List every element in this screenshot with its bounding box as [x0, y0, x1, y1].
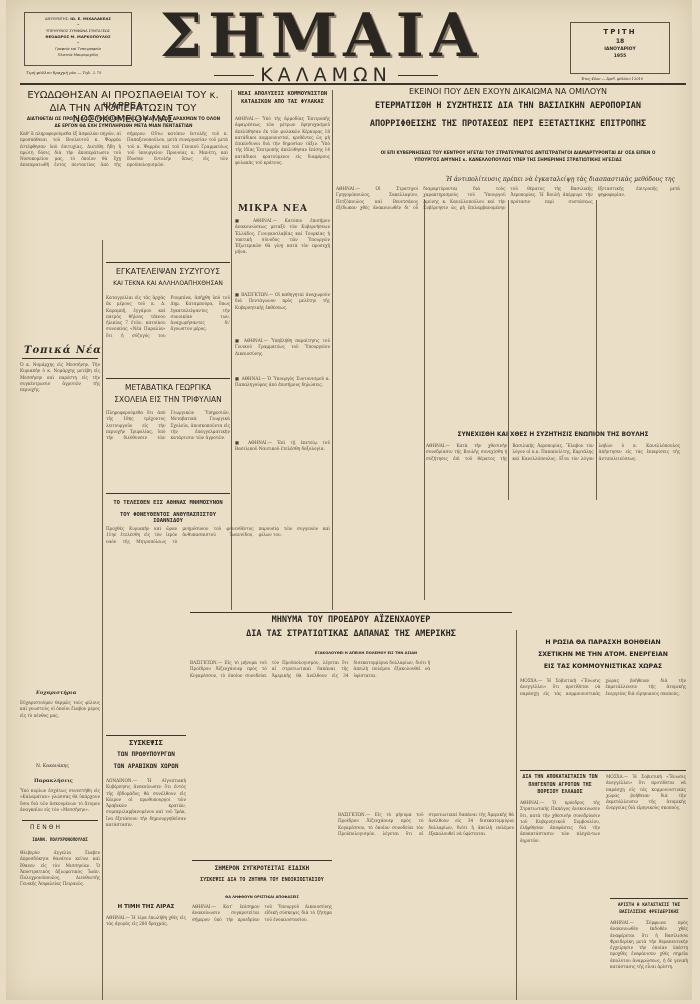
small-news-item: ■ ΒΑΣΙΓΚΤΩΝ.— Οἱ καθηγηταὶ ἀναχωροῦν διὰ… — [235, 292, 330, 334]
article-body-communists: ΑΘΗΝΑΙ.— Ὑπὸ τῆς ἁρμοδίας Ἐπιτροπῆς ἀφαι… — [235, 116, 330, 196]
article-body-eisenhower: ΒΑΣΙΓΚΤΩΝ.— Εἰς τὸ μήνυμα τοῦ Προέδρου Ἀ… — [190, 660, 512, 810]
article-body-continued: ΒΑΣΙΓΚΤΩΝ.— Εἰς τὸ μήνυμα τοῦ Προέδρου Ἀ… — [338, 812, 514, 1000]
subhead-eisenhower: ΕΞΑΚΟΛΟΥΘΕΙ Η ΑΠΕΙΛΗ ΠΟΛΕΜΟΥ ΕΙΣ ΤΗΝ ΑΣΙ… — [286, 650, 446, 657]
headline-memorial-2: ΤΟΥ ΦΟΝΕΥΘΕΝΤΟΣ ΑΝΘΥΠΑΣΠΙΣΤΟΥ ΙΩΑΝΝΙΔΟΥ — [106, 512, 230, 524]
divider — [192, 860, 332, 861]
newspaper-title: ΣΗΜΑΙΑ — [156, 4, 486, 68]
headline-arab-1: ΣΥΣΚΕΨΙΣ — [106, 740, 186, 748]
section-title-local-news: Τοπικά Νέα — [24, 345, 102, 356]
headline-eisenhower-2: ΔΙΑ ΤΑΣ ΣΤΡΑΤΙΩΤΙΚΑΣ ΔΑΠΑΝΑΣ ΤΗΣ ΑΜΕΡΙΚΗ… — [190, 630, 512, 639]
date-year: 1955 — [571, 54, 669, 59]
subhead-aeroporia: ΟΙ ΕΠΙ ΚΥΒΕΡΝΗΣΕΩΣ ΤΟΥ ΚΕΝΤΡΟΥ ΗΓΕΤΑΙ ΤΟ… — [378, 150, 658, 163]
headline-arab-3: ΤΩΝ ΑΡΑΒΙΚΩΝ ΧΩΡΩΝ — [106, 764, 186, 771]
director-name: ΙΩ. Ε. ΜΙΧΑΛΑΚΕΑΣ — [70, 16, 111, 21]
headline-spouses-2: ΚΑΙ ΤΕΚΝΑ ΚΑΙ ΑΛΛΗΛΟΑΠΗΧΘΗΣΑΝ — [106, 281, 230, 288]
article-body-thanks: Εὐχαριστοῦμεν θερμῶς τοὺς φίλους καὶ γνω… — [20, 700, 100, 762]
headline-aeroporia-2: ΑΠΟΡΡΙΦΘΕΙΣΗΣ ΤΗΣ ΠΡΟΤΑΣΕΩΣ ΠΕΡΙ ΕΞΕΤΑΣΤ… — [338, 118, 678, 131]
headline-parliament: ΣΥΝΕΧΙΣΘΗ ΚΑΙ ΧΘΕΣ Η ΣΥΖΗΤΗΣΙΣ ΕΝΩΠΙΟΝ Τ… — [426, 432, 680, 438]
thanks-signature: Ν. Κακανάκης — [36, 764, 69, 769]
divider — [106, 262, 230, 263]
article-body-obituary: Θλιβερὸν ἀγγελία ἔλαβεν ἀπροσδόκητα θανά… — [20, 850, 100, 1000]
headline-lira: Η ΤΙΜΗ ΤΗΣ ΛΙΡΑΣ — [106, 904, 186, 910]
article-body-memorial: Προχθὲς Κυριακὴν καὶ ὥραν 11ην ἐτελέσθη … — [106, 526, 330, 606]
column-divider — [102, 240, 103, 1000]
article-body-parliament: ΑΘΗΝΑΙ.— Κατὰ τὴν χθεσινὴν συνεδρίασιν τ… — [426, 443, 680, 613]
responsible-name: ΘΕΟΔΩΡΟΣ Μ. ΜΑΡΚΟΠΟΥΛΟΣ — [45, 34, 110, 39]
issue-number: Έτος 40ον — Άριθ. φύλλου 12010 — [581, 77, 643, 81]
divider — [22, 358, 98, 359]
small-news-item: ■ ΑΘΗΝΑΙ.— Ἐπὶ τῇ ἐπετείῳ τοῦ Βασιλικοῦ … — [235, 440, 330, 500]
price-line: Τιμή φύλλου δραχμή μία — Τηλ. 2.75 — [26, 70, 102, 75]
small-news-item: ■ ΑΘΗΝΑΙ.— Ὁ Ὑπουργὸς Συντονισμοῦ κ. Παπ… — [235, 376, 330, 436]
headline-rent-1: ΣΗΜΕΡΟΝ ΣΥΓΚΡΟΤΕΙΤΑΙ ΕΙΔΙΚΗ — [192, 866, 332, 872]
article-body-farmers: ΑΘΗΝΑΙ.— Ὁ πρόεδρος τῆς Στρατιωτικῆς Παπ… — [520, 800, 600, 890]
article-body-rent: ΑΘΗΝΑΙ.— Κατ' ἐπίσημον ἀνακοίνωσιν συγκρ… — [192, 904, 332, 999]
section-title-tender: Παρακλήσεις — [34, 778, 73, 784]
divider — [22, 820, 98, 821]
article-body-frederica: ΑΘΗΝΑΙ.— Σύμφωνα πρὸς ἀνακοινωθὲν ἐκδοθὲ… — [610, 920, 688, 1000]
section-title-small-news: ΜΙΚΡΑ ΝΕΑ — [238, 204, 308, 214]
obituary-name: ΙΩΑΝΝ. ΠΟΛΥΧΡΟΝΟΠΟΥΛΟΣ — [20, 838, 100, 843]
date-weekday: ΤΡΙΤΗ — [571, 28, 669, 36]
subhead-rent: ΘΑ ΛΗΦΘΟΥΝ ΟΡΙΣΤΙΚΑΙ ΑΠΟΦΑΣΕΙΣ — [192, 894, 332, 901]
small-news-item: ■ ΑΘΗΝΑΙ.— Ὑπεβλήθη παραίτησις τοῦ Γενικ… — [235, 338, 330, 373]
kicker-aeroporia: ΕΚΕΙΝΟΙ ΠΟΥ ΔΕΝ ΕΧΟΥΝ ΔΙΚΑΙΩΜΑ ΝΑ ΟΜΙΛΟΥ… — [338, 88, 678, 97]
headline-russia-2: ΣΧΕΤΙΚΗΝ ΜΕ ΤΗΝ ΑΤΟΜ. ΕΝΕΡΓΕΙΑΝ — [520, 652, 686, 659]
headline-memorial-1: ΤΟ ΤΕΛΕΣΘΕΝ ΕΙΣ ΑΘΗΝΑΣ ΜΝΗΜΟΣΥΝΟΝ — [106, 500, 230, 506]
article-body-tender: Ὑπὸ κυρίων ἐσχάτως συνεστήθη εἰς «Καλαμά… — [20, 788, 100, 814]
office-address: Πλατεία Μαυρομιχάλη — [25, 52, 131, 58]
headline-frederica: ΑΡΙΣΤΗ Η ΚΑΤΑΣΤΑΣΙΣ ΤΗΣ ΒΑΣΙΛΙΣΣΗΣ ΦΡΕΙΔ… — [610, 902, 688, 916]
divider — [106, 735, 186, 736]
divider — [520, 770, 686, 771]
date-month: ΙΑΝΟΥΑΡΙΟΥ — [571, 47, 669, 52]
date-day: 18 — [571, 38, 669, 45]
newspaper-page: ΔΙΕΥΘΥΝΤΗΣ: ΙΩ. Ε. ΜΙΧΑΛΑΚΕΑΣ • ΥΠΕΥΘΥΝΟ… — [6, 0, 692, 1000]
article-body-hospital: Καθ' ἃ πληροφορούμεθα ἐξ ἀσφαλῶν πηγῶν, … — [20, 131, 228, 241]
divider — [190, 612, 512, 613]
divider — [610, 898, 688, 899]
headline-rent-2: ΣΥΣΚΕΨΙΣ ΔΙΑ ΤΟ ΖΗΤΗΜΑ ΤΟΥ ΕΝΟΙΚΙΟΣΤΑΣΙΟ… — [192, 878, 332, 884]
headline-agri-1: ΜΕΤΑΒΑΤΙΚΑ ΓΕΩΡΓΙΚΑ — [106, 384, 230, 392]
headline-spouses-1: ΕΓΚΑΤΕΛΕΙΨΑΝ ΣΥΖΥΓΟΥΣ — [106, 268, 230, 277]
masthead-rule — [20, 83, 686, 85]
article-body-aeroporia: ΑΘΗΝΑΙ.— Οἱ Στρατηγοὶ Γρηγορόπουλος, Σακ… — [336, 186, 680, 416]
subhead-hospital: ΔΙΑΤΙΘΕΤΑΙ ΩΣ ΠΡΩΤΗ ΔΟΣΙΣ ΤΟ ΠΟΣΟΝ ΤΩΝ 2… — [26, 116, 221, 129]
section-title-thanks: Ευχαριστήρια — [36, 690, 76, 696]
headline-farmers: ΔΙΑ ΤΗΝ ΑΠΟΚΑΤΑΣΤΑΣΙΝ ΤΩΝ ΠΛΗΓΕΝΤΩΝ ΑΓΡΟ… — [520, 774, 600, 797]
small-news-item: ■ ΑΘΗΝΑΙ.— Κατόπιν ἐπισήμου ἀνακοινώσεως… — [235, 218, 330, 288]
director-label: ΔΙΕΥΘΥΝΤΗΣ: — [45, 17, 69, 21]
article-body-agri: Πληροφορούμεθα ὅτι ἀπὸ τῆς 18ης τρέχοντο… — [106, 410, 230, 490]
article-body-lira: ΑΘΗΝΑΙ.— Ἡ λίρα ἐπωλήθη χθὲς εἰς τὰς ἀγο… — [106, 915, 186, 995]
headline-russia-3: ΕΙΣ ΤΑΣ ΚΟΜΜΟΥΝΙΣΤΙΚΑΣ ΧΩΡΑΣ — [520, 664, 686, 671]
section-title-obituary: ΠΕΝΘΗ — [30, 824, 62, 831]
headline-russia-1: Η ΡΩΣΙΑ ΘΑ ΠΑΡΑΣΧΗ ΒΟΗΘΕΙΑΝ — [520, 640, 686, 647]
masthead-info-box: ΔΙΕΥΘΥΝΤΗΣ: ΙΩ. Ε. ΜΙΧΑΛΑΚΕΑΣ • ΥΠΕΥΘΥΝΟ… — [24, 12, 132, 66]
divider — [106, 493, 230, 494]
column-divider — [516, 630, 517, 1000]
headline-communists: ΝΕΑΙ ΑΠΟΛΥΣΕΙΣ ΚΟΜΜΟΥΝΙΣΤΩΝ ΚΑΤΑΔΙΚΩΝ ΑΠ… — [235, 90, 330, 106]
column-divider — [332, 90, 333, 610]
article-body-spouses: Καταγγελίαι εἰς τὰς ἀρχὰς ἐκ μέρους τοῦ … — [106, 295, 230, 370]
date-box: ΤΡΙΤΗ 18 ΙΑΝΟΥΑΡΙΟΥ 1955 — [570, 22, 670, 74]
headline-agri-2: ΣΧΟΛΕΙΑ ΕΙΣ ΤΗΝ ΤΡΙΦΥΛΙΑΝ — [106, 396, 230, 404]
article-body-russia-cont: ΜΟΣΧΑ.— Ἡ Σοβιετικὴ «Ἕνωσις ἀνεγγέλλει» … — [606, 774, 686, 894]
article-body-russia: ΜΟΣΧΑ.— Ἡ Σοβιετικὴ «Ἕνωσις ἀνεγγέλλει» … — [520, 678, 686, 768]
headline-arab-2: ΤΩΝ ΠΡΩΘΥΠΟΥΡΓΩΝ — [106, 752, 186, 759]
article-body-local-news: Ὁ κ. Νομάρχης εἰς Μεσσήνην. Τὴν Κυριακὴν… — [20, 362, 100, 632]
divider — [106, 378, 230, 379]
lead-aeroporia: Ἡ ἀντιπολίτευσις πρέπει νὰ ἐγκαταλείψῃ τ… — [446, 176, 676, 183]
headline-eisenhower-1: ΜΗΝΥΜΑ ΤΟΥ ΠΡΟΕΔΡΟΥ ΑΪΖΕΝΧΑΟΥΕΡ — [190, 616, 512, 625]
headline-aeroporia-1: ΕΤΕΡΜΑΤΙΣΘΗ Η ΣΥΖΗΤΗΣΙΣ ΔΙΑ ΤΗΝ ΒΑΣΙΛΙΚΗ… — [338, 100, 678, 113]
article-body-arab: ΛΟΝΔΙΝΟΝ.— Ἡ Αἰγυπτιακὴ Κυβέρνησις ἀνεκο… — [106, 778, 186, 898]
